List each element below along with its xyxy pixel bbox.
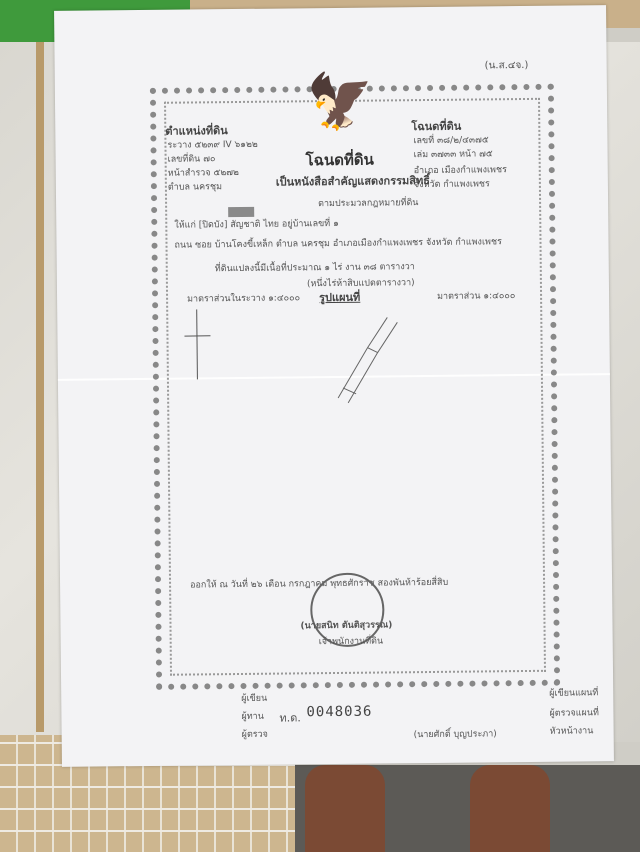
footer-right-label: ผู้ตรวจแผนที่ [549,705,599,720]
table-edge [36,42,44,732]
left-row: ตำบล นครชุม [168,179,222,194]
footer-label: ผู้ทาน [241,709,264,723]
north-arrow-icon [182,309,213,379]
footer-right-label: หัวหน้างาน [550,723,594,737]
map-title: รูปแผนที่ [319,288,360,306]
garuda-emblem-icon: 🦅 [295,65,386,138]
right-row: เลขที่ ๓๘/๒/๔๓๗๕ [413,132,488,147]
area-line: ที่ดินแปลงนี้มีเนื้อที่ประมาณ ๑ ไร่ งาน … [215,259,415,275]
redacted-box [228,207,254,217]
footer-label: ผู้เขียน [241,691,267,705]
signer-name: (นายสนิท ตันติสุวรรณ) [300,617,392,632]
left-row: เลขที่ดิน ๗๐ [168,151,216,166]
land-title-deed: (น.ส.๔จ.) 🦅 ตำแหน่งที่ดิน ระวาง ๕๒๓๙ IV … [54,5,614,767]
parcel-map [327,307,408,408]
issued-by: ตามประมวลกฎหมายที่ดิน [318,195,418,210]
left-row: ระวาง ๕๒๓๙ IV ๖๑๒๒ [167,137,258,152]
owner-line: ให้แก่ [ปิดบัง] สัญชาติ ไทย อยู่บ้านเลขท… [174,216,339,232]
footer-right-label: ผู้เขียนแผนที่ [549,685,598,700]
main-title: โฉนดที่ดิน [306,148,374,173]
subtitle: เป็นหนังสือสำคัญแสดงกรรมสิทธิ์ [276,171,430,191]
right-row: เล่ม ๓๗๓๓ หน้า ๗๕ [414,146,493,161]
scale-right: มาตราส่วน ๑:๔๐๐๐ [437,288,515,303]
signer-title: เจ้าพนักงานที่ดิน [319,633,384,648]
right-foot [470,765,550,852]
left-foot [305,765,385,852]
serial-number: 0048036 [306,704,372,721]
footer-label: ผู้ตรวจ [242,727,268,741]
form-corner-label: (น.ส.๔จ.) [485,58,529,73]
form-code: ท.ด. [279,708,301,726]
left-row: หน้าสำรวจ ๕๒๗๒ [168,165,239,180]
footer-right-signer: (นายศักดิ์ บุญประภา) [414,726,497,741]
scale-left: มาตราส่วนในระวาง ๑:๔๐๐๐ [187,290,300,305]
